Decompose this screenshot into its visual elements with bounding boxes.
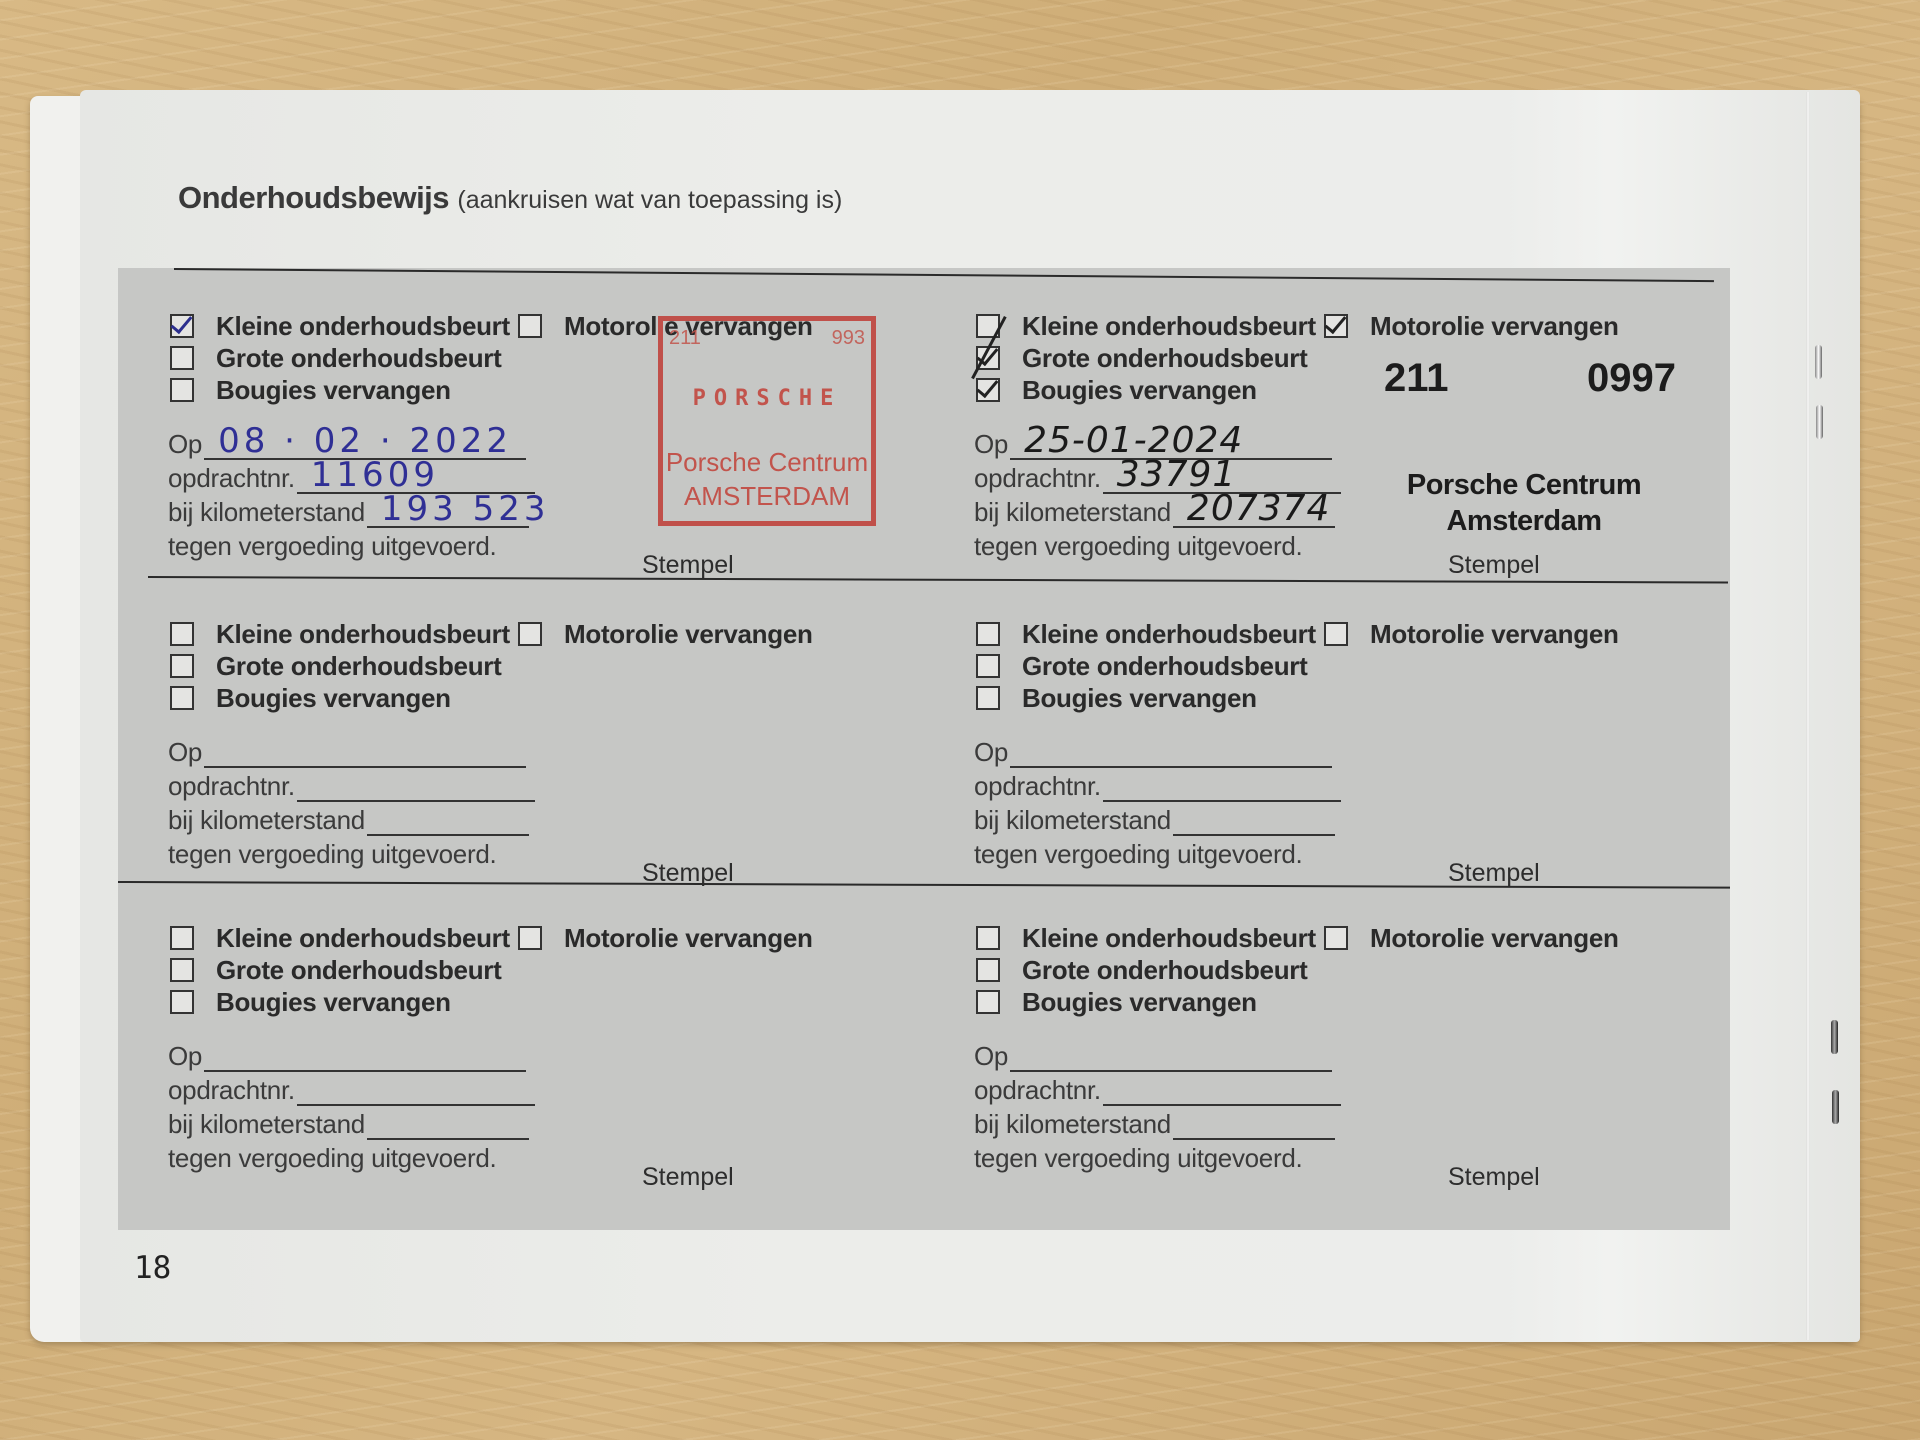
check-motorolie[interactable]: Motorolie vervangen: [1324, 618, 1619, 650]
checkbox-icon[interactable]: [976, 686, 1000, 710]
service-checklist: Kleine onderhoudsbeurt Grote onderhoudsb…: [976, 310, 1316, 406]
checkbox-icon[interactable]: [170, 926, 194, 950]
check-bougies[interactable]: Bougies vervangen: [976, 682, 1316, 714]
title-note: (aankruisen wat van toepassing is): [457, 186, 842, 214]
check-grote[interactable]: Grote onderhoudsbeurt: [976, 650, 1316, 682]
maintenance-entry: Kleine onderhoudsbeurt Grote onderhoudsb…: [118, 276, 924, 581]
check-grote[interactable]: Grote onderhoudsbeurt: [170, 342, 510, 374]
check-label: Bougies vervangen: [216, 683, 451, 714]
check-label: Grote onderhoudsbeurt: [1022, 955, 1307, 986]
field-label: bij kilometerstand: [974, 1109, 1171, 1140]
field-label: opdrachtnr.: [974, 463, 1101, 494]
field-label: opdrachtnr.: [974, 771, 1101, 802]
check-label: Bougies vervangen: [1022, 987, 1257, 1018]
order-number-field[interactable]: opdrachtnr.: [974, 768, 1341, 802]
field-label: opdrachtnr.: [168, 1075, 295, 1106]
performed-note: tegen vergoeding uitgevoerd.: [168, 528, 535, 562]
staple-icon: [1816, 405, 1823, 439]
check-label: Bougies vervangen: [1022, 375, 1257, 406]
order-number-field[interactable]: opdrachtnr.: [974, 1072, 1341, 1106]
field-label: Op: [974, 429, 1008, 460]
check-kleine[interactable]: Kleine onderhoudsbeurt: [976, 922, 1316, 954]
service-fields: Op25-01-2024 opdrachtnr.33791 bij kilome…: [974, 426, 1341, 562]
check-kleine[interactable]: Kleine onderhoudsbeurt: [170, 922, 510, 954]
field-label: bij kilometerstand: [168, 1109, 365, 1140]
page-title: Onderhoudsbewijs (aankruisen wat van toe…: [178, 180, 842, 216]
field-label: Op: [168, 737, 202, 768]
checkbox-icon[interactable]: [976, 958, 1000, 982]
check-label: Bougies vervangen: [216, 375, 451, 406]
service-fields: Op opdrachtnr. bij kilometerstand tegen …: [974, 1038, 1341, 1174]
stamp-code-left: 211: [1384, 356, 1449, 401]
mileage-field[interactable]: bij kilometerstand: [974, 1106, 1341, 1140]
check-kleine[interactable]: Kleine onderhoudsbeurt: [976, 310, 1316, 342]
porsche-logo: PORSCHE: [663, 386, 871, 411]
booklet-spine: [1806, 92, 1810, 1340]
field-label: opdrachtnr.: [974, 1075, 1101, 1106]
check-grote[interactable]: Grote onderhoudsbeurt: [170, 954, 510, 986]
stamp-label: Stempel: [642, 1163, 734, 1192]
performed-note: tegen vergoeding uitgevoerd.: [974, 1140, 1341, 1174]
field-label: bij kilometerstand: [974, 497, 1171, 528]
check-bougies[interactable]: Bougies vervangen: [976, 374, 1316, 406]
check-motorolie[interactable]: Motorolie vervangen: [1324, 310, 1619, 342]
service-fields: Op opdrachtnr. bij kilometerstand tegen …: [168, 1038, 535, 1174]
check-bougies[interactable]: Bougies vervangen: [170, 682, 510, 714]
maintenance-entry: Kleine onderhoudsbeurt Grote onderhoudsb…: [118, 584, 924, 889]
mileage-field[interactable]: bij kilometerstand207374: [974, 494, 1341, 528]
checkbox-icon[interactable]: [170, 622, 194, 646]
stamp-label: Stempel: [1448, 859, 1540, 888]
maintenance-entry: Kleine onderhoudsbeurt Grote onderhoudsb…: [924, 584, 1730, 889]
check-label: Grote onderhoudsbeurt: [216, 651, 501, 682]
dealer-stamp: 2110997Porsche CentrumAmsterdam: [1354, 356, 1694, 539]
check-motorolie[interactable]: Motorolie vervangen: [518, 618, 813, 650]
date-field[interactable]: Op: [974, 1038, 1341, 1072]
maintenance-entry: Kleine onderhoudsbeurt Grote onderhoudsb…: [924, 888, 1730, 1193]
check-label: Kleine onderhoudsbeurt: [1022, 311, 1316, 342]
order-number-field[interactable]: opdrachtnr.: [168, 1072, 535, 1106]
check-label: Grote onderhoudsbeurt: [216, 955, 501, 986]
checkbox-icon[interactable]: [976, 622, 1000, 646]
check-label: Grote onderhoudsbeurt: [216, 343, 501, 374]
stamp-label: Stempel: [1448, 1163, 1540, 1192]
field-label: Op: [168, 1041, 202, 1072]
checkbox-icon[interactable]: [976, 378, 1000, 402]
check-kleine[interactable]: Kleine onderhoudsbeurt: [170, 618, 510, 650]
staple-icon: [1831, 1020, 1838, 1054]
field-label: opdrachtnr.: [168, 771, 295, 802]
stamp-label: Stempel: [642, 859, 734, 888]
service-checklist: Kleine onderhoudsbeurt Grote onderhoudsb…: [976, 922, 1316, 1018]
service-checklist: Kleine onderhoudsbeurt Grote onderhoudsb…: [976, 618, 1316, 714]
check-label: Kleine onderhoudsbeurt: [216, 923, 510, 954]
stamp-code-right: 993: [832, 327, 865, 350]
mileage-field[interactable]: bij kilometerstand: [168, 802, 535, 836]
check-label: Grote onderhoudsbeurt: [1022, 343, 1307, 374]
check-bougies[interactable]: Bougies vervangen: [170, 986, 510, 1018]
field-label: bij kilometerstand: [168, 805, 365, 836]
mileage-field[interactable]: bij kilometerstand193 523: [168, 494, 535, 528]
stamp-dealer-city: Amsterdam: [1354, 503, 1694, 539]
check-label: Bougies vervangen: [216, 987, 451, 1018]
check-kleine[interactable]: Kleine onderhoudsbeurt: [170, 310, 510, 342]
title-bold: Onderhoudsbewijs: [178, 180, 449, 215]
field-label: opdrachtnr.: [168, 463, 295, 494]
check-label: Motorolie vervangen: [1370, 923, 1619, 954]
dealer-stamp: 211993PORSCHEPorsche CentrumAMSTERDAM: [658, 316, 876, 526]
staple-icon: [1815, 345, 1822, 379]
check-grote[interactable]: Grote onderhoudsbeurt: [976, 954, 1316, 986]
checkbox-icon[interactable]: [170, 654, 194, 678]
check-grote[interactable]: Grote onderhoudsbeurt: [976, 342, 1316, 374]
maintenance-entry: Kleine onderhoudsbeurt Grote onderhoudsb…: [118, 888, 924, 1193]
field-label: Op: [168, 429, 202, 460]
maintenance-form: Kleine onderhoudsbeurt Grote onderhoudsb…: [118, 268, 1730, 1230]
performed-note: tegen vergoeding uitgevoerd.: [974, 528, 1341, 562]
service-checklist: Kleine onderhoudsbeurt Grote onderhoudsb…: [170, 922, 510, 1018]
order-number-field[interactable]: opdrachtnr.: [168, 768, 535, 802]
checkbox-icon[interactable]: [1324, 314, 1348, 338]
checkbox-icon[interactable]: [170, 314, 194, 338]
checkbox-icon[interactable]: [976, 654, 1000, 678]
maintenance-entry: Kleine onderhoudsbeurt Grote onderhoudsb…: [924, 276, 1730, 581]
performed-note: tegen vergoeding uitgevoerd.: [168, 1140, 535, 1174]
check-label: Kleine onderhoudsbeurt: [216, 619, 510, 650]
checkbox-icon[interactable]: [518, 926, 542, 950]
mileage-field[interactable]: bij kilometerstand: [168, 1106, 535, 1140]
check-label: Motorolie vervangen: [1370, 311, 1619, 342]
check-label: Motorolie vervangen: [564, 923, 813, 954]
checkbox-icon[interactable]: [518, 622, 542, 646]
check-kleine[interactable]: Kleine onderhoudsbeurt: [976, 618, 1316, 650]
checkbox-icon[interactable]: [976, 990, 1000, 1014]
mileage-field[interactable]: bij kilometerstand: [974, 802, 1341, 836]
service-fields: Op opdrachtnr. bij kilometerstand tegen …: [974, 734, 1341, 870]
stamp-label: Stempel: [642, 551, 734, 580]
checkbox-icon[interactable]: [1324, 622, 1348, 646]
check-label: Motorolie vervangen: [564, 619, 813, 650]
stamp-dealer-city: AMSTERDAM: [663, 479, 871, 513]
service-checklist: Kleine onderhoudsbeurt Grote onderhoudsb…: [170, 618, 510, 714]
date-field[interactable]: Op: [974, 734, 1341, 768]
checkbox-icon[interactable]: [170, 346, 194, 370]
checkbox-icon[interactable]: [170, 958, 194, 982]
field-label: Op: [974, 737, 1008, 768]
stamp-code-right: 0997: [1587, 356, 1676, 401]
check-label: Bougies vervangen: [1022, 683, 1257, 714]
checkbox-icon[interactable]: [518, 314, 542, 338]
mileage-value: 193 523: [381, 489, 550, 529]
check-bougies[interactable]: Bougies vervangen: [170, 374, 510, 406]
service-fields: Op08 · 02 · 2022 opdrachtnr.11609 bij ki…: [168, 426, 535, 562]
field-label: Op: [974, 1041, 1008, 1072]
check-motorolie[interactable]: Motorolie vervangen: [518, 922, 813, 954]
check-label: Kleine onderhoudsbeurt: [1022, 923, 1316, 954]
check-grote[interactable]: Grote onderhoudsbeurt: [170, 650, 510, 682]
checkbox-icon[interactable]: [170, 990, 194, 1014]
field-label: bij kilometerstand: [974, 805, 1171, 836]
stamp-dealer-name: Porsche Centrum: [663, 445, 871, 479]
date-field[interactable]: Op: [168, 734, 535, 768]
page-number: 18: [134, 1250, 171, 1286]
checkbox-icon[interactable]: [170, 378, 194, 402]
check-label: Kleine onderhoudsbeurt: [216, 311, 510, 342]
stamp-dealer-name: Porsche Centrum: [1354, 467, 1694, 503]
stamp-code-left: 211: [669, 327, 701, 350]
mileage-value: 207374: [1187, 488, 1330, 529]
check-label: Grote onderhoudsbeurt: [1022, 651, 1307, 682]
service-fields: Op opdrachtnr. bij kilometerstand tegen …: [168, 734, 535, 870]
field-label: bij kilometerstand: [168, 497, 365, 528]
check-motorolie[interactable]: Motorolie vervangen: [1324, 922, 1619, 954]
check-label: Motorolie vervangen: [1370, 619, 1619, 650]
service-checklist: Kleine onderhoudsbeurt Grote onderhoudsb…: [170, 310, 510, 406]
checkbox-icon[interactable]: [976, 926, 1000, 950]
checkbox-icon[interactable]: [1324, 926, 1348, 950]
performed-note: tegen vergoeding uitgevoerd.: [168, 836, 535, 870]
check-bougies[interactable]: Bougies vervangen: [976, 986, 1316, 1018]
staple-icon: [1832, 1090, 1839, 1124]
stamp-label: Stempel: [1448, 551, 1540, 580]
checkbox-icon[interactable]: [170, 686, 194, 710]
performed-note: tegen vergoeding uitgevoerd.: [974, 836, 1341, 870]
date-field[interactable]: Op: [168, 1038, 535, 1072]
check-label: Kleine onderhoudsbeurt: [1022, 619, 1316, 650]
